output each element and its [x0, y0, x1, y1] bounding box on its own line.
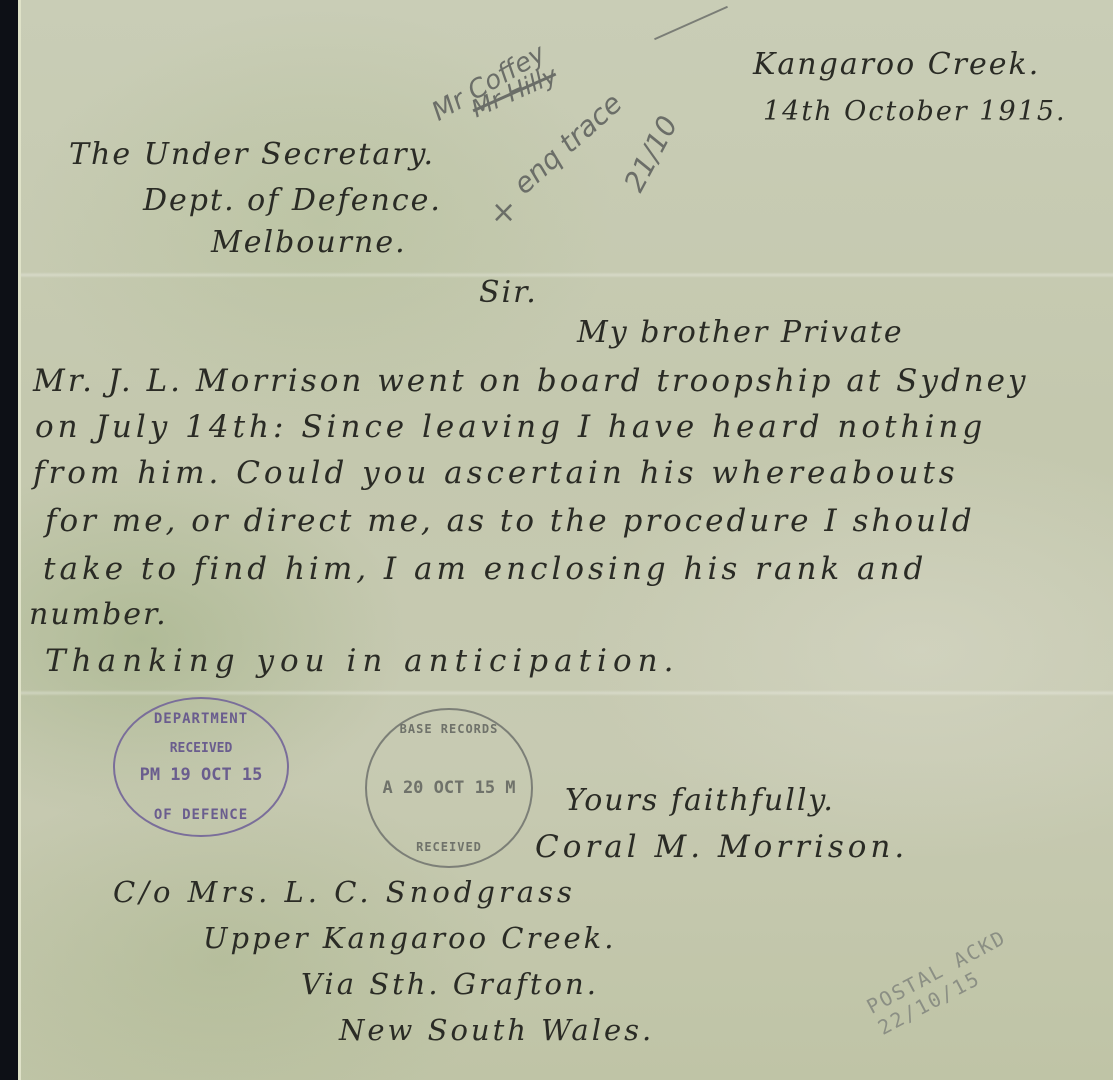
department-received-stamp: DEPARTMENT RECEIVED PM 19 OCT 15 OF DEFE… [113, 697, 289, 837]
salutation: Sir. [479, 278, 538, 308]
recipient-line-3: Melbourne. [211, 228, 407, 258]
paper-fold [21, 272, 1113, 278]
letter-place: Kangaroo Creek. [753, 50, 1040, 80]
pencil-mark-cross: × [491, 198, 516, 228]
body-line: Thanking you in anticipation. [45, 646, 679, 677]
body-line: Mr. J. L. Morrison went on board troopsh… [33, 366, 1029, 397]
stamp-ring-bottom: OF DEFENCE [115, 807, 287, 823]
stamp-date: PM 19 OCT 15 [115, 765, 287, 785]
sender-address-line: Via Sth. Grafton. [301, 970, 599, 999]
stamp-ring-top: DEPARTMENT [115, 711, 287, 727]
letter-date: 14th October 1915. [763, 98, 1067, 125]
sender-address-line: C/o Mrs. L. C. Snodgrass [113, 878, 576, 907]
body-line: on July 14th: Since leaving I have heard… [35, 412, 986, 443]
stamp-ring-top: BASE RECORDS [367, 722, 531, 736]
closing: Yours faithfully. [565, 786, 835, 816]
pencil-annotation-date: 21/10 [620, 112, 683, 196]
stamp-ring-bottom: RECEIVED [367, 840, 531, 854]
body-line: take to find him, I am enclosing his ran… [43, 554, 927, 585]
document-scan: Mr Coffey Mr Hilly enq trace 21/10 × Kan… [0, 0, 1113, 1080]
recipient-line-2: Dept. of Defence. [143, 186, 442, 216]
paper-fold [21, 690, 1113, 696]
recipient-line-1: The Under Secretary. [69, 140, 435, 170]
body-line: My brother Private [577, 318, 904, 348]
body-line: for me, or direct me, as to the procedur… [45, 506, 975, 537]
faint-postal-stamp: POSTAL ACKD 22/10/15 [863, 878, 1110, 1040]
stamp-line-1: RECEIVED [115, 741, 287, 756]
pencil-annotation-note: enq trace [509, 89, 627, 199]
letter-paper: Mr Coffey Mr Hilly enq trace 21/10 × Kan… [18, 0, 1113, 1080]
sender-address-line: New South Wales. [339, 1016, 654, 1045]
body-line: from him. Could you ascertain his wherea… [33, 458, 959, 489]
signature: Coral M. Morrison. [535, 832, 908, 863]
body-line: number. [29, 600, 168, 630]
sender-address-line: Upper Kangaroo Creek. [203, 924, 616, 953]
pencil-stroke [654, 6, 728, 40]
stamp-date: A 20 OCT 15 M [367, 778, 531, 798]
base-records-stamp: BASE RECORDS A 20 OCT 15 M RECEIVED [365, 708, 533, 868]
